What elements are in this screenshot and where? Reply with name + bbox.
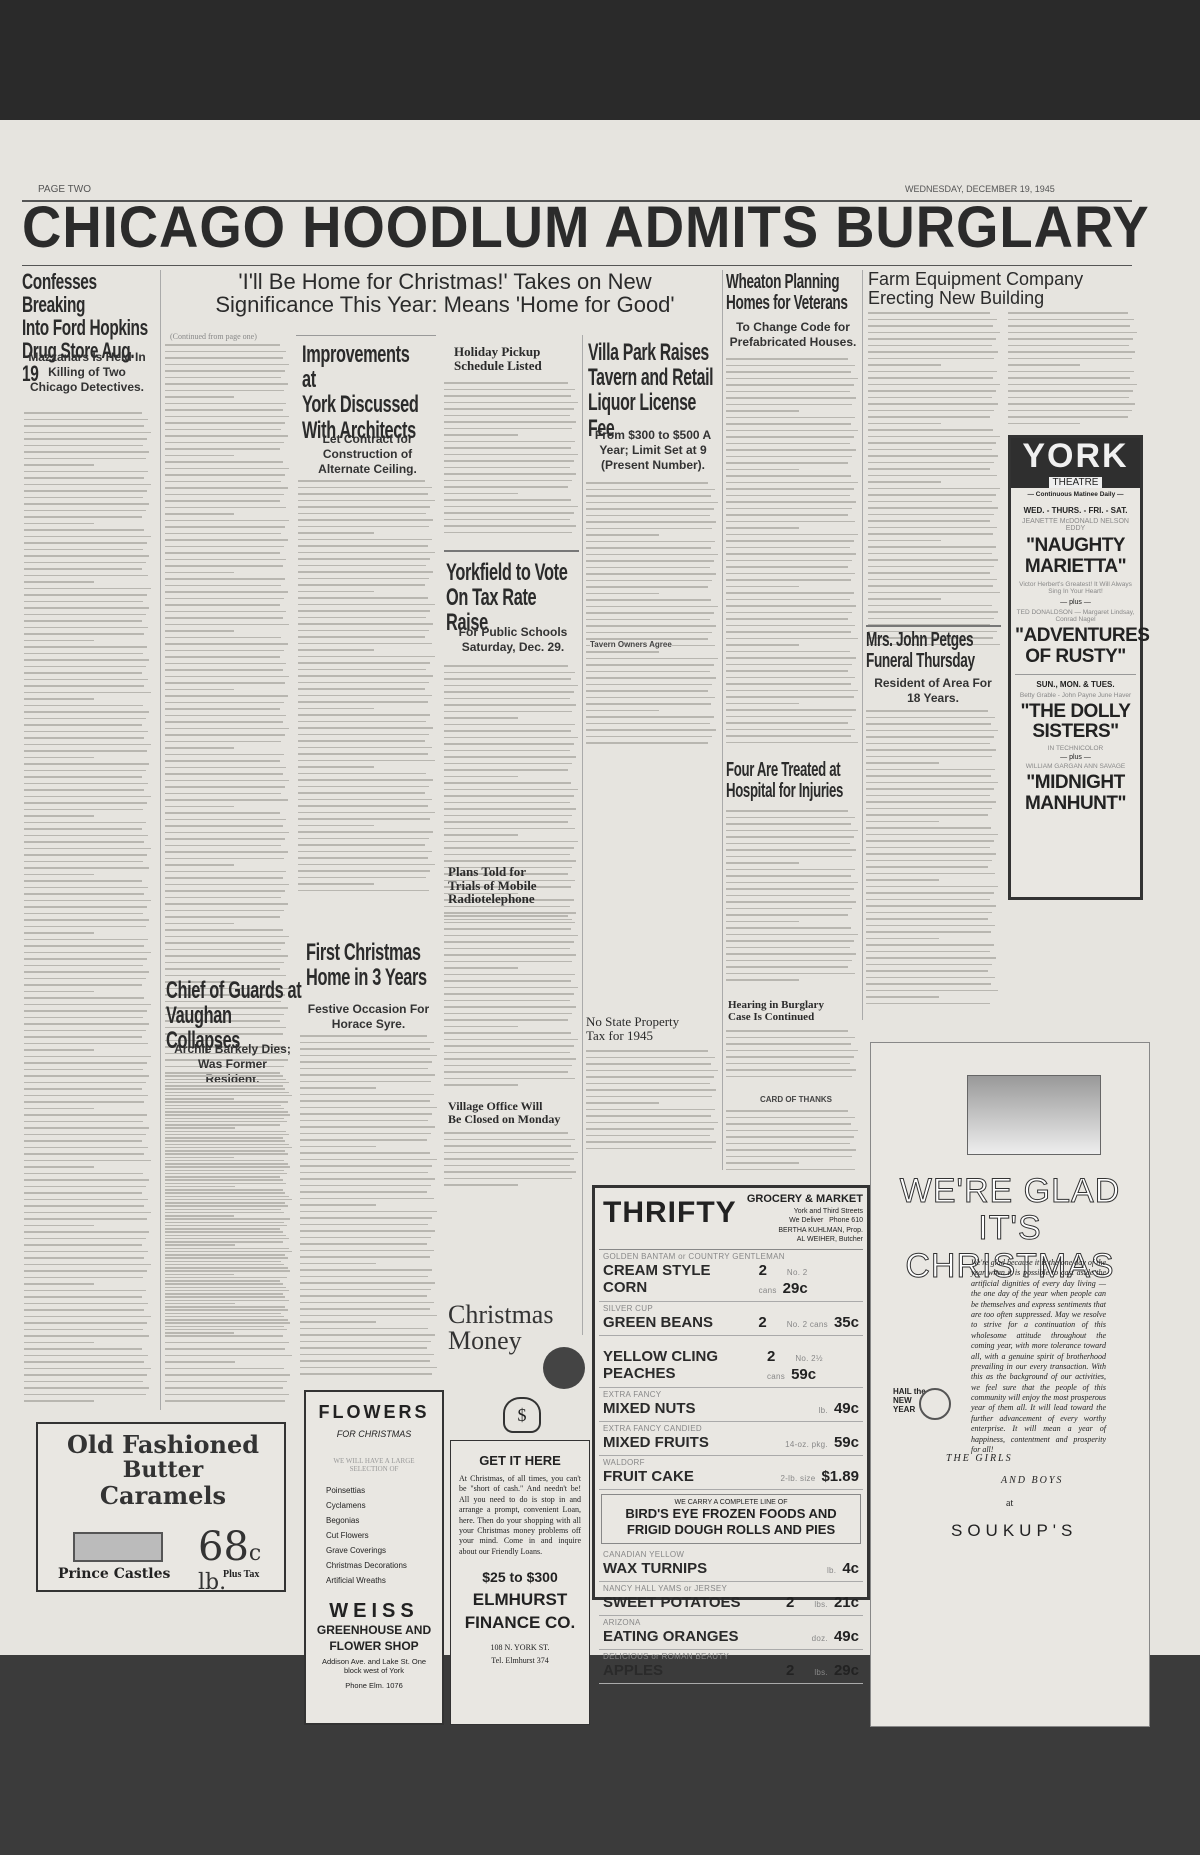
york-plus-2: — plus — [1015,754,1136,761]
divider [296,335,436,336]
grocery-item: ARIZONAEATING ORANGESdoz.49c [599,1616,863,1650]
flower-item: Begonias [326,1513,442,1528]
finance-address: 108 N. YORK ST. [451,1643,589,1652]
santa-icon [543,1347,585,1389]
money-bag-icon: $ [503,1397,541,1433]
flowers-list: PoinsettiasCyclamensBegoniasCut FlowersG… [306,1483,442,1588]
farm-equipment-body-left [868,312,1001,652]
page-label: PAGE TWO [38,184,91,195]
no-state-tax-headline: No State Property Tax for 1945 [586,1015,721,1042]
no-state-tax-body [586,1050,719,1160]
chief-of-guards-body [165,1075,293,1410]
york-improvements-headline: Improvements at York Discussed With Arch… [302,342,424,443]
flower-item: Artificial Wreaths [326,1573,442,1588]
first-christmas-subhead: Festive Occasion For Horace Syre. [306,1002,431,1032]
caramels-tax: Plus Tax [223,1569,259,1580]
villa-park-section: Tavern Owners Agree [590,640,672,649]
radiotelephone-headline: Plans Told for Trials of Mobile Radiotel… [448,865,578,906]
finance-ad: GET IT HERE At Christmas, of all times, … [450,1440,590,1725]
villa-park-body [586,482,719,752]
flower-item: Christmas Decorations [326,1558,442,1573]
soukups-ad: WE'RE GLAD IT'S CHRISTMAS We're glad bec… [870,1042,1150,1727]
wheaton-headline: Wheaton Planning Homes for Veterans [726,272,862,314]
column-divider [582,335,583,1335]
divider [444,550,579,552]
thrifty-info: GROCERY & MARKET York and Third Streets … [747,1192,863,1245]
wheaton-body [726,358,859,753]
flowers-sub: FOR CHRISTMAS [306,1429,442,1439]
farm-equipment-body-right [1008,312,1138,432]
farm-equipment-headline: Farm Equipment Company Erecting New Buil… [868,270,1158,308]
column-divider [862,270,863,1020]
finance-name: ELMHURST FINANCE CO. [451,1585,589,1639]
flower-item: Cyclamens [326,1498,442,1513]
card-of-thanks-body [726,1110,859,1175]
petges-subhead: Resident of Area For 18 Years. [868,676,998,706]
banner-headline: CHICAGO HOODLUM ADMITS BURGLARY [22,198,1150,259]
christmas-headline: 'I'll Be Home for Christmas!' Takes on N… [165,270,725,316]
first-christmas-body [300,1035,438,1385]
burglary-body [24,412,152,1412]
grocery-item: DELICIOUS or ROMAN BEAUTYAPPLES2lbs.29c [599,1650,863,1684]
soukups-sig-3: at [1006,1498,1013,1509]
york-film-3: "THE DOLLY SISTERS" [1015,702,1136,744]
flowers-ad: FLOWERS FOR CHRISTMAS WE WILL HAVE A LAR… [304,1390,444,1725]
york-stars-3: Betty Grable - John Payne June Haver [1015,692,1136,699]
weiss-name-2: GREENHOUSE AND FLOWER SHOP [306,1623,442,1654]
page-date: WEDNESDAY, DECEMBER 19, 1945 [905,184,1055,194]
york-film-2: "ADVENTURES OF RUSTY" [1015,626,1136,668]
york-stars-1: JEANETTE McDONALD NELSON EDDY [1015,518,1136,532]
castle-icon [73,1532,163,1562]
yorkfield-subhead: For Public Schools Saturday, Dec. 29. [448,625,578,655]
petges-body [866,710,999,1010]
divider [866,625,1001,627]
soukups-name: SOUKUP'S [951,1521,1077,1541]
soukups-sig-2: AND BOYS [1001,1475,1063,1486]
village-closed-headline: Village Office Will Be Closed on Monday [448,1100,583,1125]
weiss-name: WEISS [306,1600,442,1623]
soukups-body: We're glad because it is the one day of … [971,1258,1106,1455]
first-christmas-headline: First Christmas Home in 3 Years [306,940,442,990]
thrifty-promo: WE CARRY A COMPLETE LINE OF BIRD'S EYE F… [601,1494,861,1545]
hearing-headline: Hearing in Burglary Case Is Continued [728,1000,863,1023]
loan-range: $25 to $300 [451,1569,589,1585]
york-improvements-subhead: Let Contract for Construction of Alterna… [300,432,435,477]
christmas-money-header: Christmas Money $ [448,1302,596,1437]
wheaton-subhead: To Change Code for Prefabricated Houses. [728,320,858,350]
weiss-address: Addison Ave. and Lake St. One block west… [306,1654,442,1675]
holiday-pickup-headline: Holiday Pickup Schedule Listed [454,345,584,372]
holiday-pickup-body [444,382,579,542]
burglary-subhead: Mazzanars Is Held In Killing of Two Chic… [26,350,148,395]
york-note-1: Victor Herbert's Greatest! It Will Alway… [1015,581,1136,595]
flower-item: Grave Coverings [326,1543,442,1558]
four-treated-headline: Four Are Treated at Hospital for Injurie… [726,760,858,802]
york-note-3: IN TECHNICOLOR [1015,745,1136,752]
christmas-lead: (Continued from page one) [170,332,257,341]
christmas-money-title-1: Christmas [448,1302,596,1328]
grocery-item: NANCY HALL YAMS or JERSEYSWEET POTATOES2… [599,1582,863,1616]
york-stars-2: TED DONALDSON — Margaret Lindsay, Conrad… [1015,609,1136,623]
grocery-item: EXTRA FANCY CANDIEDMIXED FRUITS14-oz. pk… [599,1422,863,1456]
caramels-ad: Old Fashioned Butter Caramels 68c lb. Pl… [36,1422,286,1592]
bells-icon [919,1388,951,1420]
scan-border-top [0,0,1200,120]
column-divider [160,270,161,1410]
caramels-price: 68c lb. [198,1524,284,1595]
flower-item: Poinsettias [326,1483,442,1498]
york-plus-1: — plus — [1015,599,1136,606]
thrifty-items-bottom: CANADIAN YELLOWWAX TURNIPSlb.4cNANCY HAL… [599,1548,863,1684]
grocery-item: GOLDEN BANTAM or COUNTRY GENTLEMANCREAM … [599,1250,863,1302]
villa-park-subhead: From $300 to $500 A Year; Limit Set at 9… [588,428,718,473]
newspaper-page: PAGE TWO WEDNESDAY, DECEMBER 19, 1945 CH… [0,120,1200,1655]
york-logo: YORK THEATRE [1011,438,1140,488]
york-theatre-ad: YORK THEATRE — Continuous Matinee Daily … [1008,435,1143,900]
banner-rule [22,265,1132,266]
grocery-item: WALDORFFRUIT CAKE2-lb. size$1.89 [599,1456,863,1490]
york-tagline: — Continuous Matinee Daily — [1015,491,1136,498]
thrifty-items-top: GOLDEN BANTAM or COUNTRY GENTLEMANCREAM … [599,1250,863,1490]
flower-item: Cut Flowers [326,1528,442,1543]
hearing-body [726,1030,859,1085]
winter-house-image [967,1075,1101,1155]
york-days-1: WED. - THURS. - FRI. - SAT. [1015,506,1136,515]
card-of-thanks-headline: CARD OF THANKS [760,1095,832,1104]
grocery-item: YELLOW CLING PEACHES2No. 2½ cans59c [599,1336,863,1388]
finance-phone: Tel. Elmhurst 374 [451,1656,589,1665]
flowers-intro: WE WILL HAVE A LARGE SELECTION OF [316,1457,432,1473]
get-it-here: GET IT HERE [451,1453,589,1468]
radiotelephone-body [444,915,579,1095]
petges-headline: Mrs. John Petges Funeral Thursday [866,630,1002,672]
grocery-item: CANADIAN YELLOWWAX TURNIPSlb.4c [599,1548,863,1582]
york-film-1: "NAUGHTY MARIETTA" [1015,536,1136,578]
grocery-item: EXTRA FANCYMIXED NUTSlb.49c [599,1388,863,1422]
village-closed-body [444,1132,579,1192]
york-days-2: SUN., MON. & TUES. [1015,674,1136,689]
flowers-title: FLOWERS [306,1402,442,1423]
villa-park-headline: Villa Park Raises Tavern and Retail Liqu… [588,340,720,441]
soukups-sig-1: THE GIRLS [946,1453,1013,1464]
thrifty-ad: THRIFTY GROCERY & MARKET York and Third … [592,1185,870,1600]
york-improvements-body [298,480,436,900]
four-treated-body [726,810,859,990]
caramels-title: Old Fashioned Butter Caramels [58,1432,268,1509]
thrifty-logo: THRIFTY [599,1192,741,1245]
finance-body: At Christmas, of all times, you can't be… [451,1468,589,1563]
caramels-brand: Prince Castles [58,1566,170,1582]
grocery-item: SILVER CUPGREEN BEANS2No. 2 cans35c [599,1302,863,1336]
column-divider [722,270,723,1170]
york-stars-4: WILLIAM GARGAN ANN SAVAGE [1015,763,1136,770]
york-film-4: "MIDNIGHT MANHUNT" [1015,773,1136,815]
weiss-phone: Phone Elm. 1076 [306,1681,442,1690]
